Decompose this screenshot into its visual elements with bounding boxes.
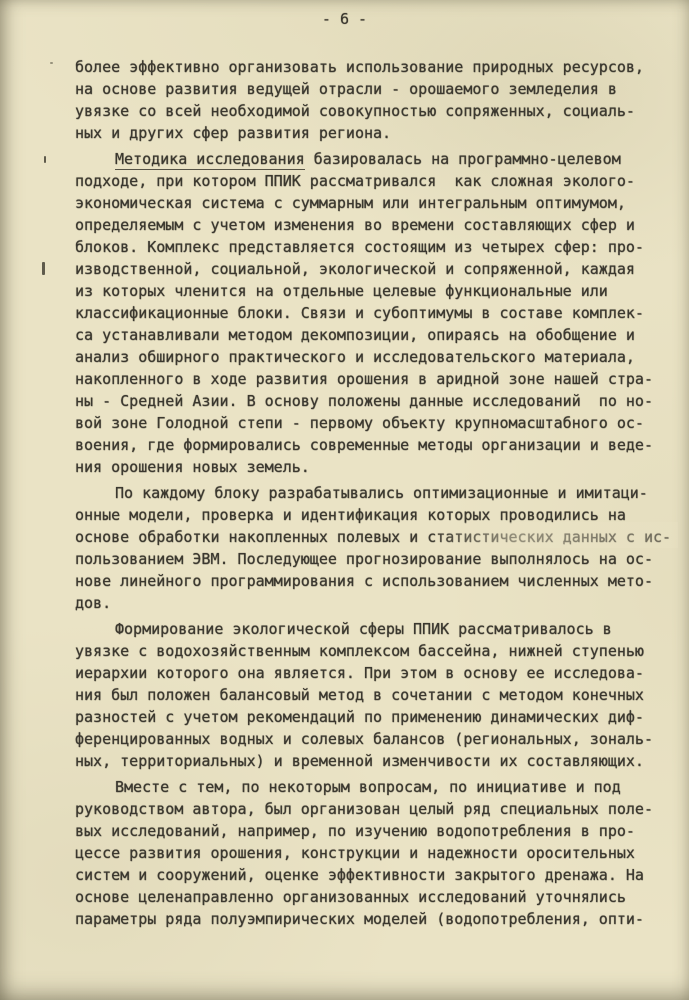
- document-page: - 6 - более эффективно организовать испо…: [0, 0, 689, 1000]
- text-line: цессе развития орошения, конструкции и н…: [75, 842, 675, 864]
- text-line: более эффективно организовать использова…: [75, 56, 675, 78]
- text-line: основе целенаправленно организованных ис…: [75, 886, 675, 908]
- text-line: По каждому блоку разрабатывались оптимиз…: [75, 482, 675, 504]
- text-line: нове линейного программирования с исполь…: [75, 570, 675, 592]
- text-line: Вместе с тем, по некоторым вопросам, по …: [75, 776, 675, 798]
- text-line: ных, территориальных) и временной изменч…: [75, 750, 675, 772]
- text-line: экономическая система с суммарным или ин…: [75, 192, 675, 214]
- text-line: пользованием ЭВМ. Последующее прогнозиро…: [75, 548, 675, 570]
- text-block: более эффективно организовать использова…: [75, 56, 675, 934]
- text-line: ния орошения новых земель.: [75, 456, 675, 478]
- text-line: разностей с учетом рекомендаций по приме…: [75, 706, 675, 728]
- text-line: основе обработки накопленных полевых и с…: [75, 526, 675, 548]
- paragraph: более эффективно организовать использова…: [75, 56, 675, 144]
- text-line: ны - Средней Азии. В основу положены дан…: [75, 390, 675, 412]
- text-line: ния был положен балансовый метод в сочет…: [75, 684, 675, 706]
- text-line: блоков. Комплекс представляется состоящи…: [75, 236, 675, 258]
- text-line: Методика исследования базировалась на пр…: [75, 148, 675, 170]
- text-line: онные модели, проверка и идентификация к…: [75, 504, 675, 526]
- text-line: накопленного в ходе развития орошения в …: [75, 368, 675, 390]
- text-line: увязке с водохозяйственным комплексом ба…: [75, 640, 675, 662]
- text-line: вой зоне Голодной степи - первому объект…: [75, 412, 675, 434]
- paragraph: Методика исследования базировалась на пр…: [75, 148, 675, 478]
- text-line: дов.: [75, 592, 675, 614]
- text-line: руководством автора, был организован цел…: [75, 798, 675, 820]
- scan-speck: [50, 62, 53, 64]
- text-line: ных и других сфер развития региона.: [75, 122, 675, 144]
- paragraph: По каждому блоку разрабатывались оптимиз…: [75, 482, 675, 614]
- text-line: анализ обширного практического и исследо…: [75, 346, 675, 368]
- text-line: вых исследований, например, по изучению …: [75, 820, 675, 842]
- text-line: параметры ряда полуэмпирических моделей …: [75, 908, 675, 930]
- paragraph: Вместе с тем, по некоторым вопросам, по …: [75, 776, 675, 930]
- text-line: классификационные блоки. Связи и субопти…: [75, 302, 675, 324]
- page-number: - 6 -: [0, 10, 689, 28]
- text-line: ференцированных водных и солевых балансо…: [75, 728, 675, 750]
- text-line: изводственной, социальной, экологической…: [75, 258, 675, 280]
- text-line: са устанавливали методом декомпозиции, о…: [75, 324, 675, 346]
- scan-speck: [42, 262, 45, 275]
- text-line: из которых членится на отдельные целевые…: [75, 280, 675, 302]
- text-line: на основе развития ведущей отрасли - оро…: [75, 78, 675, 100]
- text-fragment: базировалась на программно-целевом: [305, 150, 621, 168]
- text-line: определяемым с учетом изменения во време…: [75, 214, 675, 236]
- text-line: Формирование экологической сферы ППИК ра…: [75, 618, 675, 640]
- scan-speck: [44, 156, 46, 163]
- text-line: подходе, при котором ППИК рассматривался…: [75, 170, 675, 192]
- text-line: систем и сооружений, оценке эффективност…: [75, 864, 675, 886]
- text-line: воения, где формировались современные ме…: [75, 434, 675, 456]
- paragraph: Формирование экологической сферы ППИК ра…: [75, 618, 675, 772]
- text-line: увязке со всей необходимой совокупностью…: [75, 100, 675, 122]
- underlined-heading: Методика исследования: [115, 150, 305, 170]
- text-line: иерархии которого она является. При этом…: [75, 662, 675, 684]
